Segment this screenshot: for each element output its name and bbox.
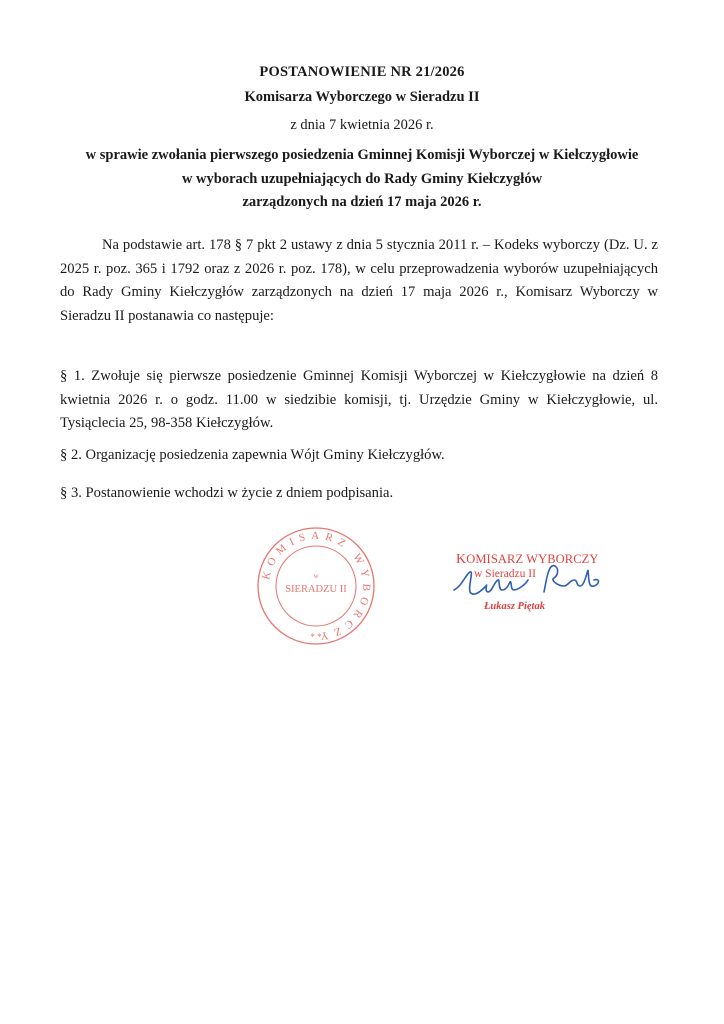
section-3: § 3. Postanowienie wchodzi w życie z dni… <box>60 482 658 506</box>
document-page: POSTANOWIENIE NR 21/2026 Komisarza Wybor… <box>0 0 724 1024</box>
section-2: § 2. Organizację posiedzenia zapewnia Wó… <box>60 444 658 468</box>
subject-line-3: zarządzonych na dzień 17 maja 2026 r. <box>0 194 724 211</box>
subject-line-2: w wyborach uzupełniających do Rady Gminy… <box>0 171 724 188</box>
decision-title: POSTANOWIENIE NR 21/2026 <box>0 64 724 81</box>
subject-line-1: w sprawie zwołania pierwszego posiedzeni… <box>0 147 724 164</box>
svg-text:SIERADZU II: SIERADZU II <box>285 584 347 595</box>
svg-text:* *: * * <box>310 632 322 642</box>
svg-text:w: w <box>313 572 319 580</box>
decision-date: z dnia 7 kwietnia 2026 r. <box>0 117 724 134</box>
legal-basis-paragraph: Na podstawie art. 178 § 7 pkt 2 ustawy z… <box>60 234 658 328</box>
signature-block: KOMISARZ WYBORCZY w Sieradzu II Łukasz P… <box>448 546 608 616</box>
issuer: Komisarza Wyborczego w Sieradzu II <box>0 89 724 106</box>
section-1: § 1. Zwołuje się pierwsze posiedzenie Gm… <box>60 365 658 436</box>
handwritten-signature <box>448 546 608 616</box>
official-round-stamp: KOMISARZ WYBORCZY w SIERADZU II * * <box>254 524 378 648</box>
